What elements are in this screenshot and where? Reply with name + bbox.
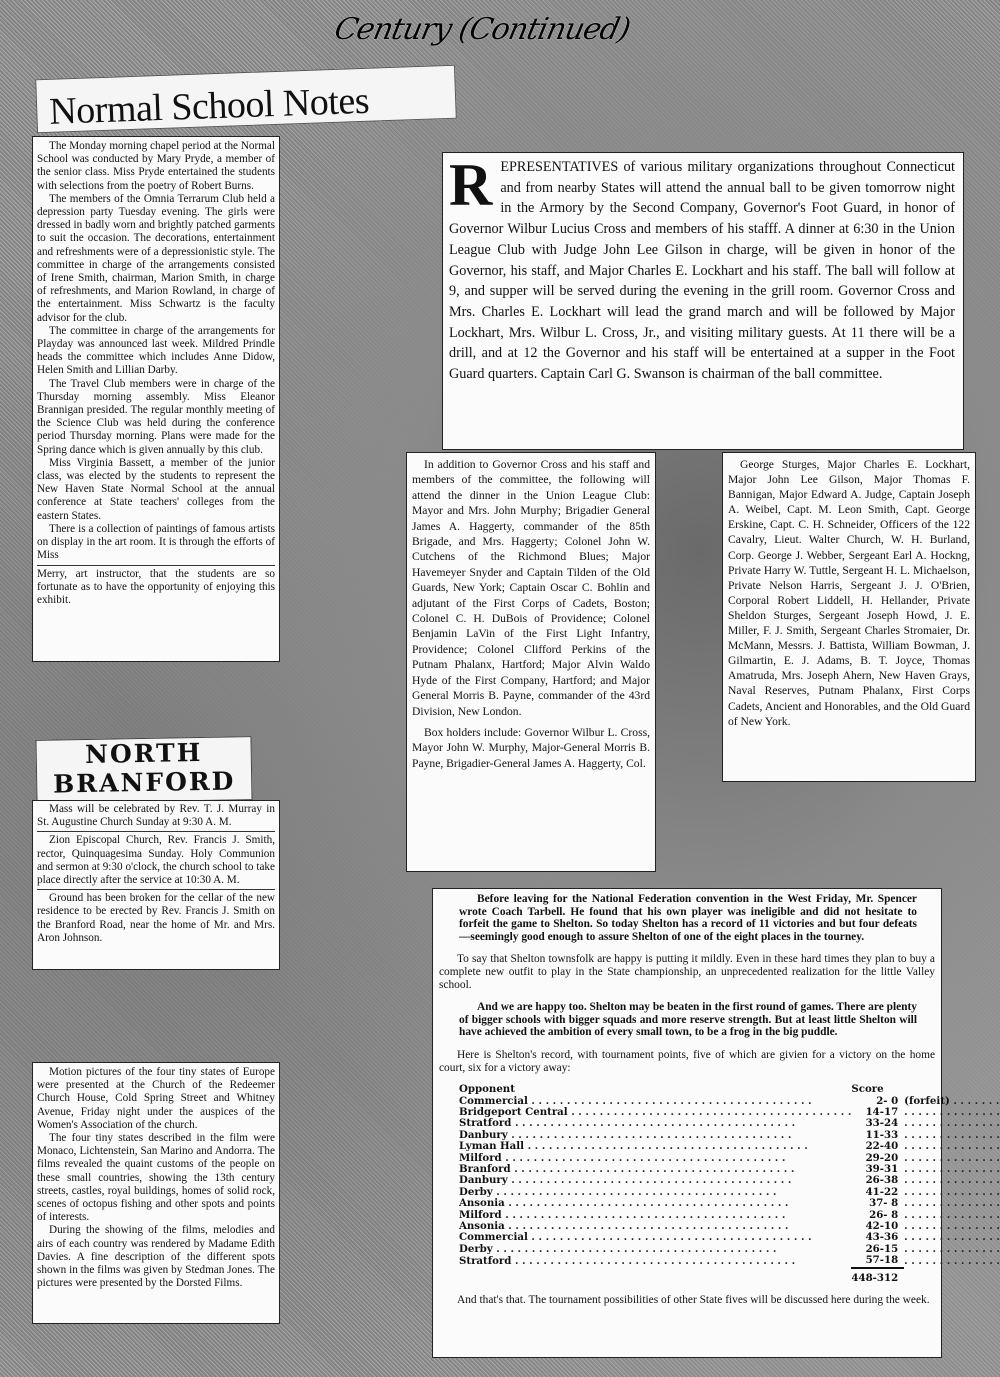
score-cell: 26- 8: [869, 1209, 898, 1221]
table-row: Ansonia . . . . . . . . . . . . . . . . …: [459, 1198, 1000, 1209]
normal-school-headline: Normal School Notes: [36, 66, 456, 135]
opponent-cell: Milford: [459, 1153, 502, 1164]
leader-dots: . . . . . . . . . . . . . . . . . . . . …: [528, 1096, 812, 1107]
table-row: Milford . . . . . . . . . . . . . . . . …: [459, 1210, 1000, 1221]
north-branford-headline-line1: NORTH: [36, 737, 250, 770]
opponent-cell: Derby: [459, 1244, 493, 1255]
table-row: Derby . . . . . . . . . . . . . . . . . …: [459, 1187, 1000, 1198]
article-paragraph: There is a collection of paintings of fa…: [37, 523, 275, 563]
article-paragraph: Here is Shelton's record, with tournamen…: [439, 1049, 935, 1074]
table-row: Commercial . . . . . . . . . . . . . . .…: [459, 1232, 1000, 1243]
leader-dots: . . . . . . . . . . . . . . . . . . . . …: [904, 1141, 1000, 1152]
article-paragraph: The Monday morning chapel period at the …: [37, 140, 275, 193]
score-cell: 42-10: [866, 1220, 899, 1232]
article-paragraph: Merry, art instructor, that the students…: [37, 565, 275, 608]
opponent-cell: Milford: [459, 1210, 502, 1221]
score-cell: 26-38: [866, 1174, 899, 1186]
leader-dots: . . . . . . . . . . . . . . . . . . . . …: [904, 1153, 1000, 1164]
dinner-guests-article: In addition to Governor Cross and his st…: [406, 452, 656, 872]
opponent-cell: Bridgeport Central: [459, 1107, 568, 1118]
table-row: Danbury . . . . . . . . . . . . . . . . …: [459, 1130, 1000, 1141]
leader-dots: . . . . . . . . . . . . . . . . . . . . …: [511, 1118, 795, 1129]
column-header-opponent: Opponent: [459, 1084, 851, 1095]
article-paragraph: During the showing of the films, melodie…: [37, 1224, 275, 1290]
shelton-article: Before leaving for the National Federati…: [432, 888, 942, 1358]
table-row: Milford . . . . . . . . . . . . . . . . …: [459, 1153, 1000, 1164]
article-paragraph: In addition to Governor Cross and his st…: [412, 457, 650, 719]
opponent-cell: Derby: [459, 1187, 493, 1198]
opponent-cell: Ansonia: [459, 1198, 505, 1209]
opponent-cell: Commercial: [459, 1232, 528, 1243]
article-text: of various military organizations throug…: [449, 159, 955, 382]
opponent-cell: Danbury: [459, 1175, 508, 1186]
leader-dots: . . . . . . . . . . . . . . . . . . . . …: [904, 1107, 1000, 1118]
score-cell: 39-31: [866, 1163, 899, 1175]
article-paragraph: EPRESENTATIVES of various military organ…: [449, 157, 955, 385]
leader-dots: . . . . . . . . . . . . . . . . . . . . …: [493, 1244, 777, 1255]
leader-dots: . . . . . . . . . . . . . . . . . . . . …: [493, 1187, 777, 1198]
article-paragraph: Mass will be celebrated by Rev. T. J. Mu…: [37, 803, 275, 832]
handwritten-header: Century (Continued): [331, 12, 633, 47]
leader-dots: . . . . . . . . . . . . . . . . . . . . …: [904, 1187, 1000, 1198]
opponent-cell: Commercial: [459, 1096, 528, 1107]
opponent-cell: Stratford: [459, 1255, 511, 1267]
totals-row: 448-312 68-83: [459, 1268, 1000, 1284]
article-paragraph: And that's that. The tournament possibil…: [439, 1294, 935, 1307]
table-row: Branford . . . . . . . . . . . . . . . .…: [459, 1164, 1000, 1175]
score-cell: 43-36: [866, 1231, 899, 1243]
military-ball-article: R EPRESENTATIVES of various military org…: [442, 152, 964, 450]
leader-dots: . . . . . . . . . . . . . . . . . . . . …: [904, 1232, 1000, 1243]
table-row: Commercial . . . . . . . . . . . . . . .…: [459, 1096, 1000, 1107]
score-cell: 37- 8: [869, 1197, 898, 1209]
north-branford-article: Mass will be celebrated by Rev. T. J. Mu…: [32, 800, 280, 970]
table-row: Danbury . . . . . . . . . . . . . . . . …: [459, 1175, 1000, 1186]
article-paragraph: Ground has been broken for the cellar of…: [37, 892, 275, 947]
article-paragraph: The four tiny states described in the fi…: [37, 1132, 275, 1224]
table-row: Lyman Hall . . . . . . . . . . . . . . .…: [459, 1141, 1000, 1152]
leader-dots: . . . . . . . . . . . . . . . . . . . . …: [904, 1221, 1000, 1232]
table-row: Ansonia . . . . . . . . . . . . . . . . …: [459, 1221, 1000, 1232]
leader-dots: . . . . . . . . . . . . . . . . . . . . …: [508, 1175, 792, 1186]
leader-dots: . . . . . . . . . . . . . . . . . . . . …: [904, 1210, 1000, 1221]
article-paragraph: Box holders include: Governor Wilbur L. …: [412, 725, 650, 771]
opponent-cell: Lyman Hall: [459, 1141, 524, 1152]
score-cell: 57-18: [866, 1254, 899, 1266]
score-cell: 41-22: [866, 1186, 899, 1198]
leader-dots: . . . . . . . . . . . . . . . . . . . . …: [511, 1255, 795, 1267]
article-paragraph: The members of the Omnia Terrarum Club h…: [37, 193, 275, 325]
table-row: Stratford . . . . . . . . . . . . . . . …: [459, 1255, 1000, 1267]
article-paragraph: And we are happy too. Shelton may be bea…: [439, 1001, 935, 1039]
opponent-cell: Danbury: [459, 1130, 508, 1141]
score-cell: 29-20: [866, 1152, 899, 1164]
leader-dots: . . . . . . . . . . . . . . . . . . . . …: [904, 1164, 1000, 1175]
article-paragraph: Zion Episcopal Church, Rev. Francis J. S…: [37, 834, 275, 890]
score-cell: 2- 0: [876, 1095, 898, 1107]
score-cell: 14-17: [866, 1106, 899, 1118]
score-cell: 11-33: [866, 1129, 899, 1141]
score-cell: 33-24: [866, 1117, 899, 1129]
leader-dots: . . . . . . . . . . . . . . . . . . . . …: [904, 1118, 1000, 1129]
article-paragraph: To say that Shelton townsfolk are happy …: [439, 953, 935, 991]
leader-dots: . . . . . . . . . . . . . . . . . . . . …: [904, 1244, 1000, 1255]
leader-dots: . . . . . . . . . . . . . . . . . . . . …: [904, 1255, 1000, 1267]
leader-dots: . . . . . . . . . . . . . . . . . . . . …: [524, 1141, 808, 1152]
leader-dots: . . . . . . . . . . . . . . . . . . . . …: [505, 1198, 789, 1209]
total-score: 448-312: [851, 1268, 904, 1284]
leader-dots: . . . . . . . . . . . . . . . . . . . . …: [950, 1096, 1000, 1107]
box-holders-article: George Sturges, Major Charles E. Lockhar…: [722, 452, 976, 782]
article-paragraph: Miss Virginia Bassett, a member of the j…: [37, 457, 275, 523]
article-paragraph: The committee in charge of the arrangeme…: [37, 325, 275, 378]
leader-dots: . . . . . . . . . . . . . . . . . . . . …: [502, 1153, 786, 1164]
leader-dots: . . . . . . . . . . . . . . . . . . . . …: [528, 1232, 812, 1243]
article-paragraph: Motion pictures of the four tiny states …: [37, 1066, 275, 1132]
north-branford-headline-clip: NORTH BRANFORD: [35, 736, 252, 804]
table-row: Derby . . . . . . . . . . . . . . . . . …: [459, 1244, 1000, 1255]
article-paragraph: George Sturges, Major Charles E. Lockhar…: [728, 457, 970, 729]
article-paragraph: The Travel Club members were in charge o…: [37, 378, 275, 457]
opponent-cell: Ansonia: [459, 1221, 505, 1232]
score-cell: 26-15: [866, 1243, 899, 1255]
lead-caps: EPRESENTATIVES: [500, 159, 618, 175]
score-cell: 22-40: [866, 1140, 899, 1152]
table-row: Stratford . . . . . . . . . . . . . . . …: [459, 1118, 1000, 1129]
note-cell: (forfeit): [904, 1096, 950, 1107]
table-row: Bridgeport Central . . . . . . . . . . .…: [459, 1107, 1000, 1118]
leader-dots: . . . . . . . . . . . . . . . . . . . . …: [568, 1107, 852, 1118]
normal-school-headline-clip: Normal School Notes: [35, 65, 457, 134]
motion-pictures-article: Motion pictures of the four tiny states …: [32, 1062, 280, 1324]
leader-dots: . . . . . . . . . . . . . . . . . . . . …: [502, 1210, 786, 1221]
leader-dots: . . . . . . . . . . . . . . . . . . . . …: [904, 1175, 1000, 1186]
opponent-cell: Branford: [459, 1164, 511, 1175]
leader-dots: . . . . . . . . . . . . . . . . . . . . …: [505, 1221, 789, 1232]
leader-dots: . . . . . . . . . . . . . . . . . . . . …: [511, 1164, 795, 1175]
drop-cap: R: [449, 161, 492, 209]
normal-school-article: The Monday morning chapel period at the …: [32, 136, 280, 662]
shelton-record-table: Opponent Score Pts. Commercial . . . . .…: [459, 1084, 1000, 1284]
leader-dots: . . . . . . . . . . . . . . . . . . . . …: [508, 1130, 792, 1141]
north-branford-headline-line2: BRANFORD: [37, 766, 251, 799]
leader-dots: . . . . . . . . . . . . . . . . . . . . …: [904, 1198, 1000, 1209]
article-paragraph: Before leaving for the National Federati…: [439, 893, 935, 943]
leader-dots: . . . . . . . . . . . . . . . . . . . . …: [904, 1130, 1000, 1141]
opponent-cell: Stratford: [459, 1118, 511, 1129]
